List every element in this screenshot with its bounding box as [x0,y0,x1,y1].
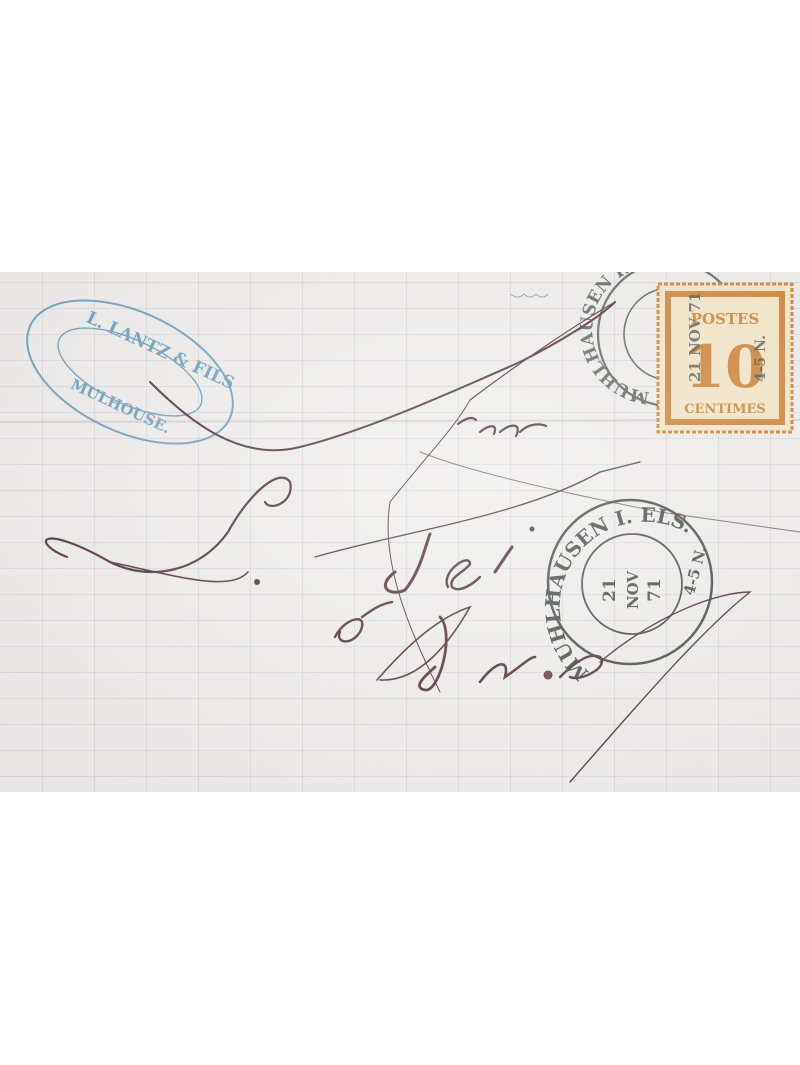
postmark-month: NOV [624,571,642,610]
postmark-on-stamp: MUHLHAUSEN I. ELS. [0,272,742,407]
sender-cachet: L. LANTZ & FILS MULHOUSE. [5,272,255,473]
stamp-cancel-time: 4-5 N. [753,335,769,382]
postage-stamp: POSTES 10 CENTIMES 21 NOV 71 4-5 N. [658,284,792,432]
letter-cover: L. LANTZ & FILS MULHOUSE. MUHLHAUSEN I. … [0,272,800,792]
postmark: MUHLHAUSEN I. ELS. 21 NOV 71 4-5 N. [540,500,712,685]
cachet-line2: MULHOUSE. [68,375,174,437]
postmark-year: 71 [645,578,665,602]
stamp-bottom-text: CENTIMES [684,402,766,417]
postmark-day: 21 [600,578,620,602]
stamp-cancel-date: 21 NOV 71 [686,292,704,382]
pencil-mark [510,294,548,297]
postmark-time: 4-5 N. [680,544,710,597]
cover-artwork: L. LANTZ & FILS MULHOUSE. MUHLHAUSEN I. … [0,272,800,792]
